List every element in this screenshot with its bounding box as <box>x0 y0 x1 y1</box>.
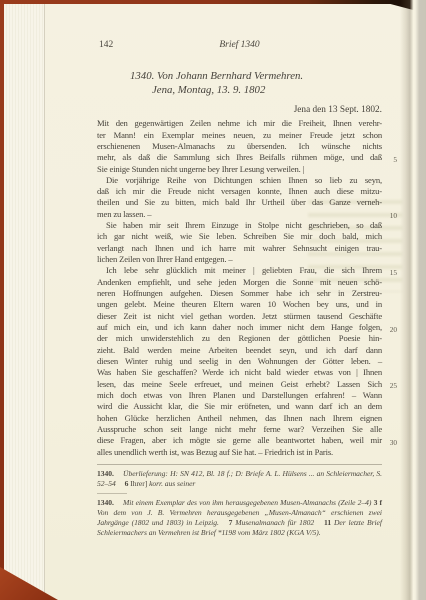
line-number: 20 <box>390 324 397 335</box>
page-gutter-shadow <box>400 0 426 600</box>
page-header: 142 Brief 1340 <box>97 40 382 54</box>
letter-line: neren Hoffnungen aufgehen. Diesen Sommer… <box>97 288 382 299</box>
letter-line: alles unendlich werth ist, was Bezug auf… <box>97 447 382 458</box>
letter-line: mich doch etwas von Ihren Planen und Dar… <box>97 390 382 401</box>
apparatus-entry-segment: 1340. <box>97 469 114 478</box>
letter-line: ich gar nicht weiß, wie Sie leben. Schre… <box>97 231 382 242</box>
line-number: 5 <box>393 154 397 165</box>
apparatus-entry-segment: korr. aus seiner <box>149 479 195 488</box>
letter-line: erschienenen Musen-Almanachs zu übersend… <box>97 141 382 152</box>
letter-line: Ich lebe sehr glücklich mit meiner | gel… <box>97 265 382 276</box>
letter-line: Andenken empfiehlt, und sehe jeden Morge… <box>97 277 382 288</box>
letter-line: ter Mann! ein Exemplar meines neuen, zu … <box>97 130 382 141</box>
apparatus-entry: 1340. Überlieferung: H: SN 412, Bl. 18 f… <box>97 469 382 488</box>
letter-line: dieser Zeit ist nicht viel gethan worden… <box>97 311 382 322</box>
letter-line: lesen, das meine Seele erfreuet, und mei… <box>97 379 382 390</box>
page-content: 142 Brief 1340 1340. Von Johann Bernhard… <box>97 40 382 537</box>
letter-line: ungen gelebt. Meine theuren Eltern waren… <box>97 299 382 310</box>
dateline: Jena den 13 Sept. 1802. <box>97 105 382 115</box>
letter-line: Sie haben mir seit Ihrem Einzuge in Stol… <box>97 220 382 231</box>
line-number: 15 <box>381 267 397 278</box>
letter-line: Sie einige Stunden nicht ungerne bey Ihr… <box>97 164 382 175</box>
page-stack-edge <box>4 4 45 600</box>
running-head: Brief 1340 <box>97 40 382 50</box>
letter-line: men zu lassen. –10 <box>97 209 382 220</box>
apparatus-entry-segment: 6 <box>125 479 129 488</box>
scanned-book-page: 142 Brief 1340 1340. Von Johann Bernhard… <box>0 0 426 600</box>
apparatus-separator-rule <box>97 464 382 465</box>
commentary-entry-segment: 3 f <box>374 498 382 507</box>
letter-line: theilen und Sie zu bitten, mich bald Ihr… <box>97 197 382 208</box>
letter-line: Ausspruche schon seit lange nicht mehr f… <box>97 424 382 435</box>
letter-heading: 1340. Von Johann Bernhard Vermehren. Jen… <box>97 70 382 97</box>
line-number: 25 <box>390 380 397 391</box>
letter-line: Was haben Sie geschaffen? Werde ich nich… <box>97 367 382 378</box>
commentary-entry-segment: 1340. <box>97 498 114 507</box>
letter-line: zieht. Bald werden meine Arbeiten beende… <box>97 345 382 356</box>
letter-line: daß ich mir die Freude nicht versagen ko… <box>97 186 382 197</box>
letter-line: Mit den gegenwärtigen Zeilen nehme ich m… <box>97 118 382 129</box>
line-number: 10 <box>390 210 397 221</box>
letter-heading-line1: 1340. Von Johann Bernhard Vermehren. <box>130 70 382 84</box>
line-number: 30 <box>390 437 397 448</box>
commentary-entry-segment: Musenalmanach für 1802 <box>235 518 314 527</box>
letter-line: hohen Glücke herzlichen Antheil nehmen, … <box>97 413 382 424</box>
commentary-entry: 1340. Mit einem Exemplar des von ihm her… <box>97 498 382 537</box>
letter-line: wird die Aussicht klar, die Sie mir eröf… <box>97 401 382 412</box>
letter-line: lichen Zeilen von Ihrer Hand entgegen. – <box>97 254 382 265</box>
book-cover-top-edge <box>0 0 426 4</box>
letter-line: diesen Winter ruhig und seelig in den Wo… <box>97 356 382 367</box>
commentary-entry-segment: 11 <box>324 518 331 527</box>
letter-heading-line2: Jena, Montag, 13. 9. 1802 <box>152 84 382 98</box>
letter-body: Mit den gegenwärtigen Zeilen nehme ich m… <box>97 118 382 458</box>
commentary-separator-rule <box>97 493 127 494</box>
book-cover-left-edge <box>0 0 4 600</box>
letter-line: verlangt nach Ihnen und ich harre mit wa… <box>97 243 382 254</box>
letter-line: diese Fragen, aber ich mögte sie gerne a… <box>97 435 382 446</box>
commentary-entry-segment: Mit einem Exemplar des von ihm herausgeg… <box>123 498 371 507</box>
letter-line: Die vorjährige Reihe von Dichtungen schi… <box>97 175 382 186</box>
letter-line: der mich unwiderstehlich zu den Regionen… <box>97 333 382 344</box>
apparatus-entry-segment: Ihrer] <box>130 479 147 488</box>
letter-line: mehr, als daß die Sammlung sich Ihres Be… <box>97 152 382 163</box>
commentary-entry-segment: 7 <box>229 518 233 527</box>
letter-line: auf mich ein, und ich kann daher noch im… <box>97 322 382 333</box>
